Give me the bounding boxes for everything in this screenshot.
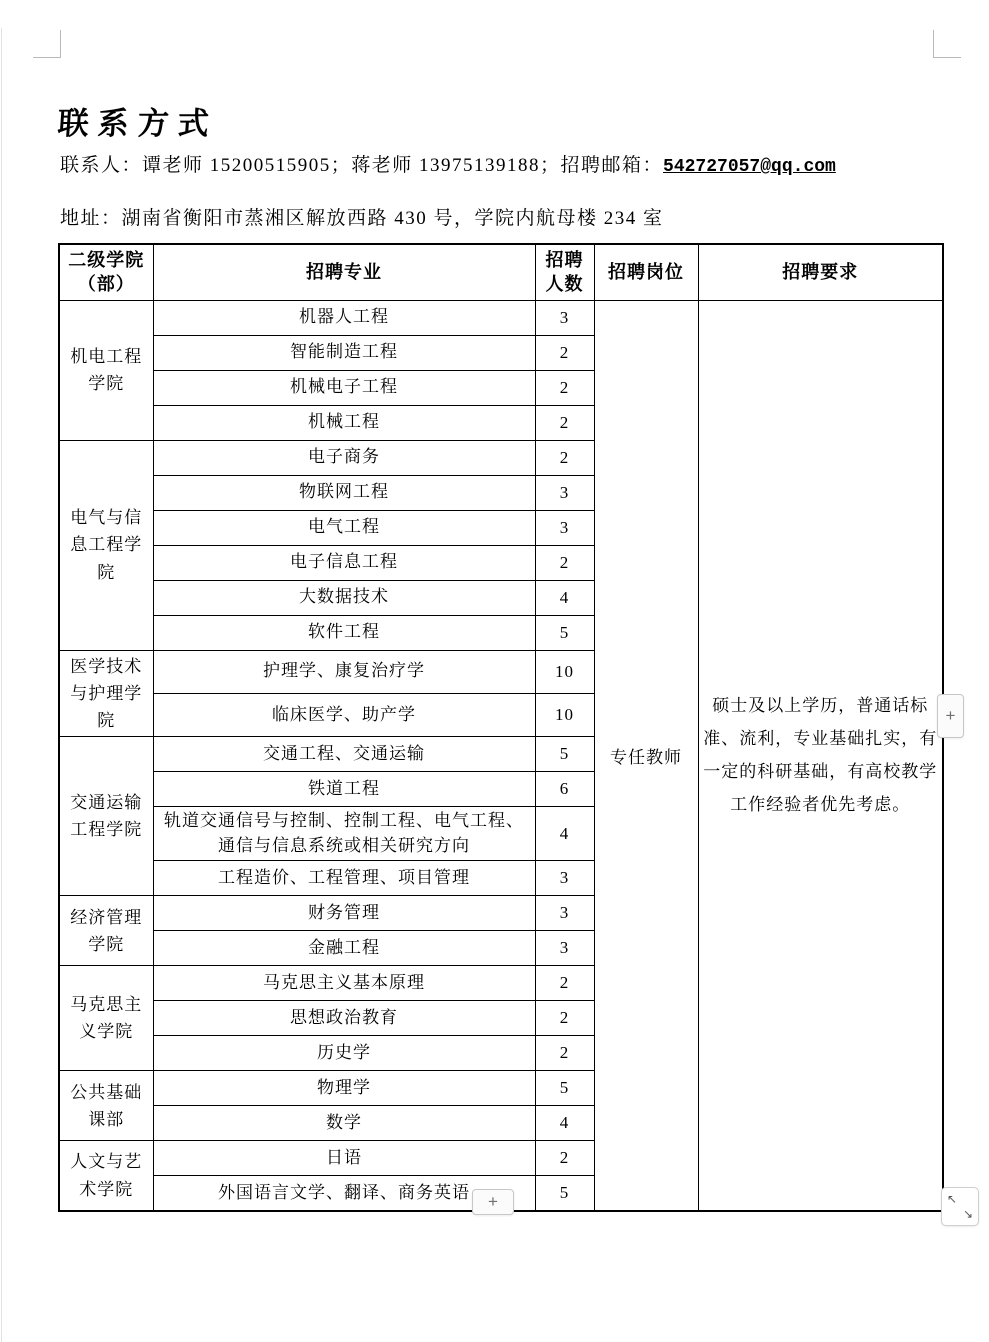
college-cell: 机电工程学院 bbox=[59, 300, 153, 440]
count-cell: 5 bbox=[535, 1176, 594, 1211]
count-cell: 5 bbox=[535, 615, 594, 650]
major-cell: 交通工程、交通运输 bbox=[153, 737, 535, 772]
count-cell: 2 bbox=[535, 370, 594, 405]
page-edge-line bbox=[1, 28, 2, 1342]
major-cell: 思想政治教育 bbox=[153, 1001, 535, 1036]
major-cell: 铁道工程 bbox=[153, 772, 535, 807]
count-cell: 3 bbox=[535, 300, 594, 335]
plus-icon: + bbox=[488, 1192, 498, 1212]
major-cell: 软件工程 bbox=[153, 615, 535, 650]
major-cell: 财务管理 bbox=[153, 896, 535, 931]
arrow-northwest-icon: ↖ bbox=[947, 1193, 957, 1205]
requirement-cell: 硕士及以上学历，普通话标准、流利，专业基础扎实，有一定的科研基础，有高校教学工作… bbox=[698, 300, 943, 1211]
contact-text: 联系人：谭老师 15200515905；蒋老师 13975139188；招聘邮箱… bbox=[60, 155, 663, 176]
major-cell: 金融工程 bbox=[153, 931, 535, 966]
major-cell: 日语 bbox=[153, 1141, 535, 1176]
major-cell: 电气工程 bbox=[153, 510, 535, 545]
count-cell: 3 bbox=[535, 861, 594, 896]
count-cell: 3 bbox=[535, 896, 594, 931]
major-cell: 马克思主义基本原理 bbox=[153, 966, 535, 1001]
count-cell: 2 bbox=[535, 1001, 594, 1036]
header-requirement: 招聘要求 bbox=[698, 244, 943, 300]
count-cell: 10 bbox=[535, 650, 594, 693]
college-cell: 马克思主义学院 bbox=[59, 966, 153, 1071]
add-row-button[interactable]: + bbox=[472, 1189, 514, 1215]
recruitment-table: 二级学院（部） 招聘专业 招聘人数 招聘岗位 招聘要求 机电工程学院机器人工程3… bbox=[58, 243, 944, 1212]
plus-icon: + bbox=[946, 706, 956, 726]
count-cell: 4 bbox=[535, 807, 594, 861]
college-cell: 电气与信息工程学院 bbox=[59, 440, 153, 650]
count-cell: 3 bbox=[535, 931, 594, 966]
major-cell: 工程造价、工程管理、项目管理 bbox=[153, 861, 535, 896]
college-cell: 经济管理学院 bbox=[59, 896, 153, 966]
count-cell: 2 bbox=[535, 1141, 594, 1176]
contact-email-link[interactable]: 542727057@qq.com bbox=[663, 157, 836, 177]
count-cell: 6 bbox=[535, 772, 594, 807]
page-title: 联系方式 bbox=[56, 98, 219, 143]
position-cell: 专任教师 bbox=[594, 300, 698, 1211]
header-major: 招聘专业 bbox=[153, 244, 535, 300]
address-line: 地址：湖南省衡阳市蒸湘区解放西路 430 号，学院内航母楼 234 室 bbox=[60, 203, 960, 230]
count-cell: 2 bbox=[535, 335, 594, 370]
major-cell: 物联网工程 bbox=[153, 475, 535, 510]
header-position: 招聘岗位 bbox=[594, 244, 698, 300]
count-cell: 2 bbox=[535, 1036, 594, 1071]
count-cell: 5 bbox=[535, 737, 594, 772]
count-cell: 10 bbox=[535, 693, 594, 736]
count-cell: 4 bbox=[535, 580, 594, 615]
major-cell: 机器人工程 bbox=[153, 300, 535, 335]
major-cell: 机械电子工程 bbox=[153, 370, 535, 405]
college-cell: 人文与艺术学院 bbox=[59, 1141, 153, 1211]
major-cell: 电子信息工程 bbox=[153, 545, 535, 580]
major-cell: 护理学、康复治疗学 bbox=[153, 650, 535, 693]
header-count: 招聘人数 bbox=[535, 244, 594, 300]
expand-table-button[interactable]: ↖ ↘ bbox=[941, 1187, 979, 1226]
major-cell: 历史学 bbox=[153, 1036, 535, 1071]
major-cell: 临床医学、助产学 bbox=[153, 693, 535, 736]
count-cell: 3 bbox=[535, 475, 594, 510]
count-cell: 2 bbox=[535, 545, 594, 580]
count-cell: 2 bbox=[535, 405, 594, 440]
margin-crop-mark-top-right bbox=[933, 30, 961, 58]
count-cell: 3 bbox=[535, 510, 594, 545]
major-cell: 物理学 bbox=[153, 1071, 535, 1106]
college-cell: 医学技术与护理学院 bbox=[59, 650, 153, 737]
count-cell: 2 bbox=[535, 966, 594, 1001]
count-cell: 5 bbox=[535, 1071, 594, 1106]
table-row: 机电工程学院机器人工程3专任教师硕士及以上学历，普通话标准、流利，专业基础扎实，… bbox=[59, 300, 943, 335]
contact-line: 联系人：谭老师 15200515905；蒋老师 13975139188；招聘邮箱… bbox=[60, 150, 960, 177]
arrow-southeast-icon: ↘ bbox=[963, 1208, 973, 1220]
major-cell: 机械工程 bbox=[153, 405, 535, 440]
college-cell: 公共基础课部 bbox=[59, 1071, 153, 1141]
major-cell: 智能制造工程 bbox=[153, 335, 535, 370]
major-cell: 大数据技术 bbox=[153, 580, 535, 615]
header-college: 二级学院（部） bbox=[59, 244, 153, 300]
recruitment-table-body: 机电工程学院机器人工程3专任教师硕士及以上学历，普通话标准、流利，专业基础扎实，… bbox=[59, 300, 943, 1211]
count-cell: 2 bbox=[535, 440, 594, 475]
college-cell: 交通运输工程学院 bbox=[59, 737, 153, 896]
add-column-button[interactable]: + bbox=[937, 694, 964, 738]
table-header-row: 二级学院（部） 招聘专业 招聘人数 招聘岗位 招聘要求 bbox=[59, 244, 943, 300]
count-cell: 4 bbox=[535, 1106, 594, 1141]
major-cell: 数学 bbox=[153, 1106, 535, 1141]
margin-crop-mark-top-left bbox=[33, 30, 61, 58]
major-cell: 轨道交通信号与控制、控制工程、电气工程、通信与信息系统或相关研究方向 bbox=[153, 807, 535, 861]
major-cell: 电子商务 bbox=[153, 440, 535, 475]
